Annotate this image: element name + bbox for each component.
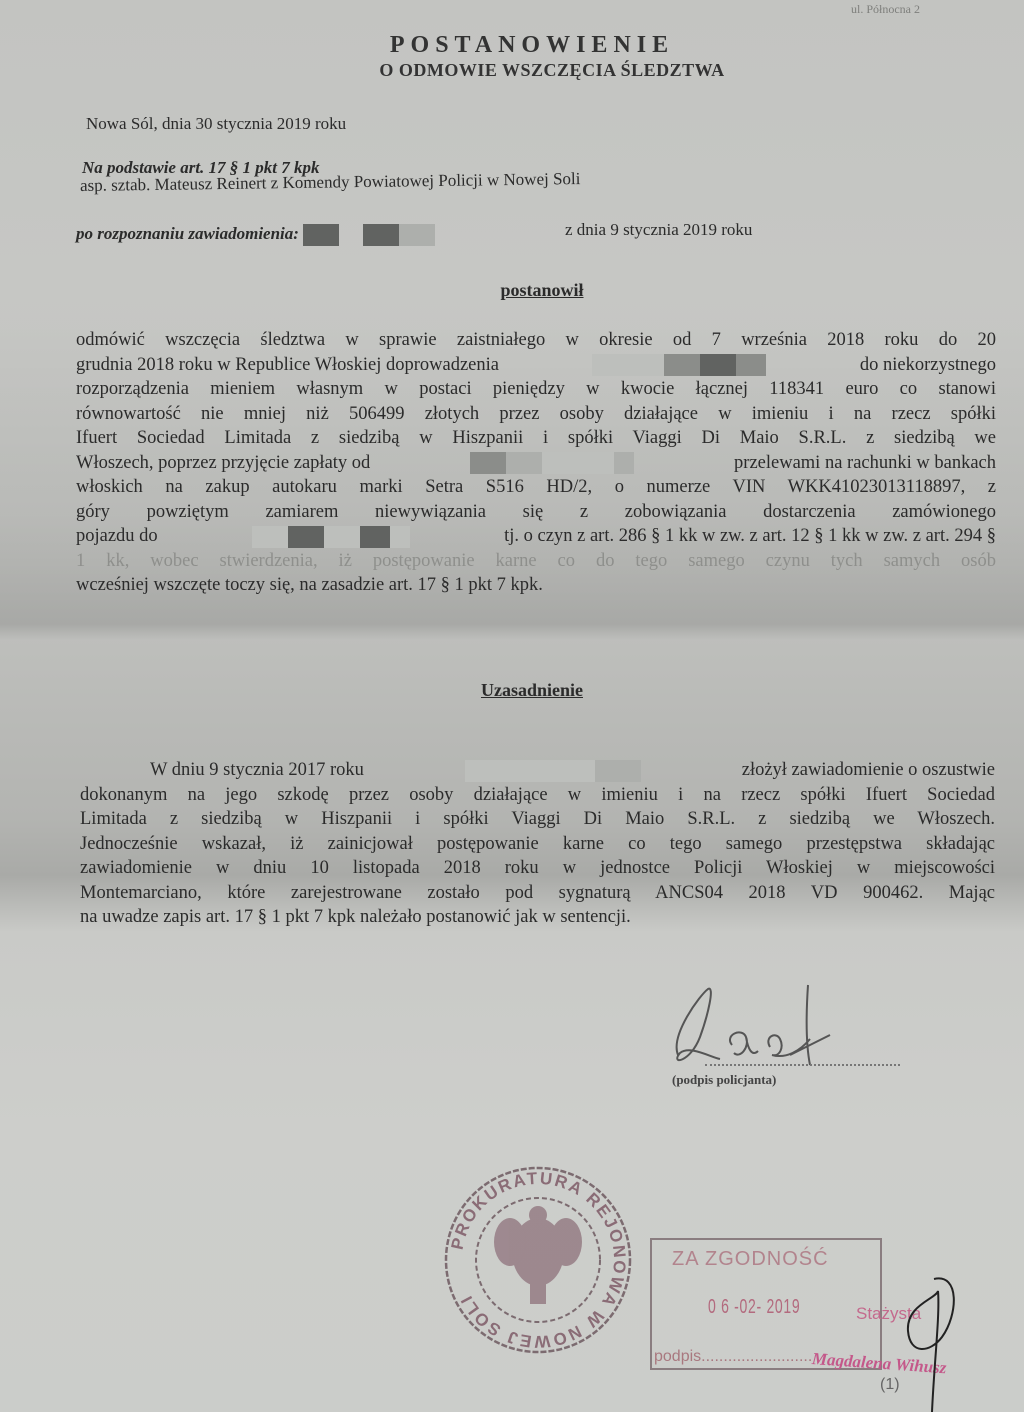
- certifier-signature: [890, 1275, 970, 1412]
- decision-line: Ifuert Sociedad Limitada z siedzibą w Hi…: [76, 426, 996, 451]
- document-title: POSTANOWIENIE: [40, 32, 1024, 59]
- redaction-block: [303, 224, 339, 246]
- decision-text: przelewami na rachunki w bankach: [734, 451, 996, 476]
- certification-title: ZA ZGODNOŚĆ: [672, 1248, 829, 1271]
- decision-line: grudnia 2018 roku w Republice Włoskiej d…: [76, 353, 996, 378]
- justification-text: złożył zawiadomienie o oszustwie: [742, 758, 995, 783]
- decision-line: rozporządzenia mieniem własnym w postaci…: [76, 377, 996, 402]
- justification-heading: Uzasadnienie: [40, 680, 1024, 701]
- decision-text: do niekorzystnego: [860, 353, 996, 378]
- justification-line: W dniu 9 stycznia 2017 roku złożył zawia…: [80, 758, 995, 783]
- decision-text: Włoszech, poprzez przyjęcie zapłaty od: [76, 451, 370, 476]
- redacted-name: [470, 451, 634, 476]
- signature-line: [705, 1064, 900, 1066]
- justification-paragraph: W dniu 9 stycznia 2017 roku złożył zawia…: [80, 758, 995, 930]
- document-page: ul. Północna 2 POSTANOWIENIE O ODMOWIE W…: [0, 0, 1024, 1412]
- decision-line: odmówić wszczęcia śledztwa w sprawie zai…: [76, 328, 996, 353]
- decision-line: równowartość nie mniej niż 506499 złotyc…: [76, 402, 996, 427]
- justification-line: Montemarciano, które zarejestrowane zost…: [80, 881, 995, 906]
- redacted-name: [465, 758, 641, 783]
- redaction-block: [399, 224, 435, 246]
- decision-heading: postanowił: [60, 280, 1024, 301]
- notification-date: z dnia 9 stycznia 2019 roku: [565, 220, 752, 240]
- decision-paragraph: odmówić wszczęcia śledztwa w sprawie zai…: [76, 328, 996, 598]
- redacted-name: [592, 353, 766, 378]
- decision-line: Włoszech, poprzez przyjęcie zapłaty od p…: [76, 451, 996, 476]
- justification-line: zawiadomienie w dniu 10 listopada 2018 r…: [80, 856, 995, 881]
- prosecutor-seal: PROKURATURA REJONOWA W NOWEJ SOLI: [438, 1160, 638, 1360]
- redaction-block: [363, 224, 399, 246]
- certification-date: 0 6 -02- 2019: [708, 1296, 800, 1319]
- redacted-name: [252, 524, 410, 549]
- decision-line: wcześniej wszczęte toczy się, na zasadzi…: [76, 573, 996, 598]
- redaction-gap: [339, 224, 363, 246]
- decision-text: pojazdu do: [76, 524, 158, 549]
- place-date: Nowa Sól, dnia 30 stycznia 2019 roku: [86, 114, 346, 134]
- justification-line: Jednocześnie wskazał, iż zainicjował pos…: [80, 832, 995, 857]
- decision-line: góry powziętym zamiarem niewywiązania si…: [76, 500, 996, 525]
- decision-text: grudnia 2018 roku w Republice Włoskiej d…: [76, 353, 499, 378]
- podpis-label: podpis.........................: [654, 1348, 812, 1366]
- justification-line: Limitada z siedzibą w Hiszpanii i spółki…: [80, 807, 995, 832]
- justification-text: W dniu 9 stycznia 2017 roku: [150, 758, 364, 783]
- decision-line: włoskich na zakup autokaru marki Setra S…: [76, 475, 996, 500]
- document-subtitle: O ODMOWIE WSZCZĘCIA ŚLEDZTWA: [80, 60, 1024, 81]
- corner-address: ul. Północna 2: [851, 2, 920, 17]
- decision-line: 1 kk, wobec stwierdzenia, iż postępowani…: [76, 549, 996, 574]
- signature-label: (podpis policjanta): [672, 1072, 776, 1088]
- justification-line: na uwadze zapis art. 17 § 1 pkt 7 kpk na…: [80, 905, 995, 930]
- police-signature: [660, 975, 860, 1075]
- notification-label: po rozpoznaniu zawiadomienia:: [76, 224, 299, 243]
- decision-line: pojazdu do tj. o czyn z art. 286 § 1 kk …: [76, 524, 996, 549]
- decision-text: tj. o czyn z art. 286 § 1 kk w zw. z art…: [504, 524, 996, 549]
- justification-line: dokonanym na jego szkodę przez osoby dzi…: [80, 783, 995, 808]
- notification-row: po rozpoznaniu zawiadomienia:: [76, 224, 435, 246]
